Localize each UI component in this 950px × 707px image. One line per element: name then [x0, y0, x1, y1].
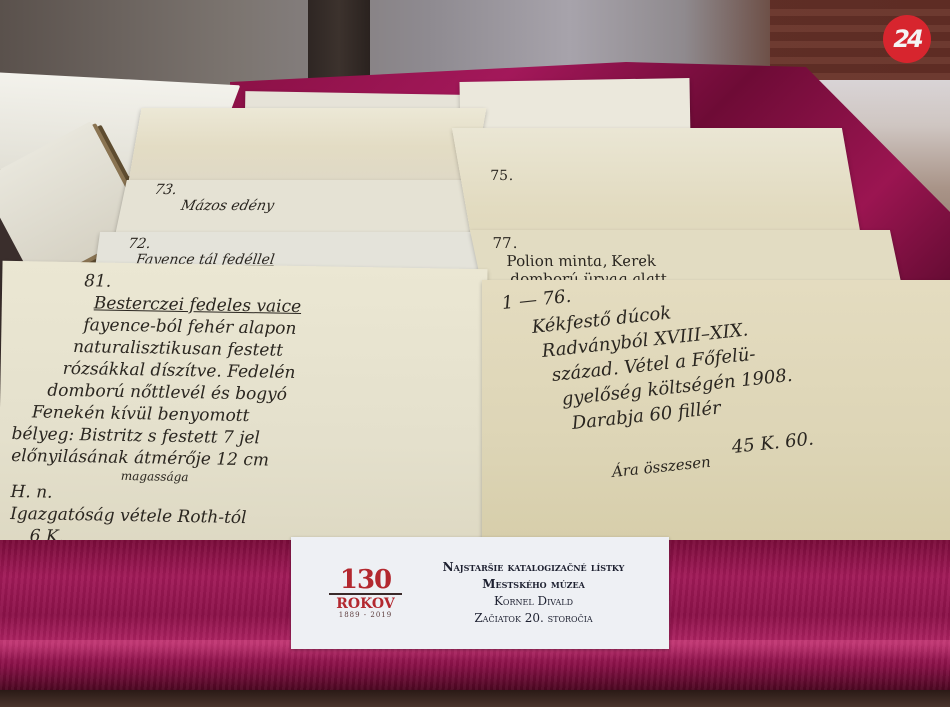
card-number: 77. [491, 234, 875, 252]
logo-years: 1889 - 2019 [323, 611, 408, 619]
badge-text: 24 [893, 25, 920, 53]
logo-number: 130 [323, 568, 408, 592]
case-post [308, 0, 370, 80]
catalog-card-76: 1 — 76. Kékfestő dúcok Radványból XVIII–… [482, 280, 950, 552]
card-number: 75. [489, 168, 822, 184]
display-case-frame [0, 690, 950, 707]
anniversary-logo: 130 ROKOV 1889 - 2019 [323, 568, 408, 619]
card-number: 72. [127, 236, 509, 252]
catalog-card-81: 81. Besterczei fedeles vaice fayence-ból… [0, 261, 487, 559]
site-logo-badge: 24 [883, 15, 931, 63]
exhibit-label-card: 130 ROKOV 1889 - 2019 Najstaršie katalog… [291, 537, 669, 649]
label-date: Začiatok 20. storočia [408, 610, 659, 627]
photo-scene: 73. Mázos edény 75. 72. Fayence tál fedé… [0, 0, 950, 707]
label-title-line-2: Mestského múzea [408, 576, 659, 593]
label-author: Kornel Divald [408, 593, 659, 610]
label-title-line-1: Najstaršie katalogizačné lístky [408, 559, 659, 576]
card-text: Mázos edény [180, 198, 508, 214]
logo-word: ROKOV [323, 597, 408, 611]
logo-divider [329, 593, 402, 595]
card-number: 73. [153, 182, 511, 198]
label-text: Najstaršie katalogizačné lístky Mestskéh… [408, 559, 669, 627]
